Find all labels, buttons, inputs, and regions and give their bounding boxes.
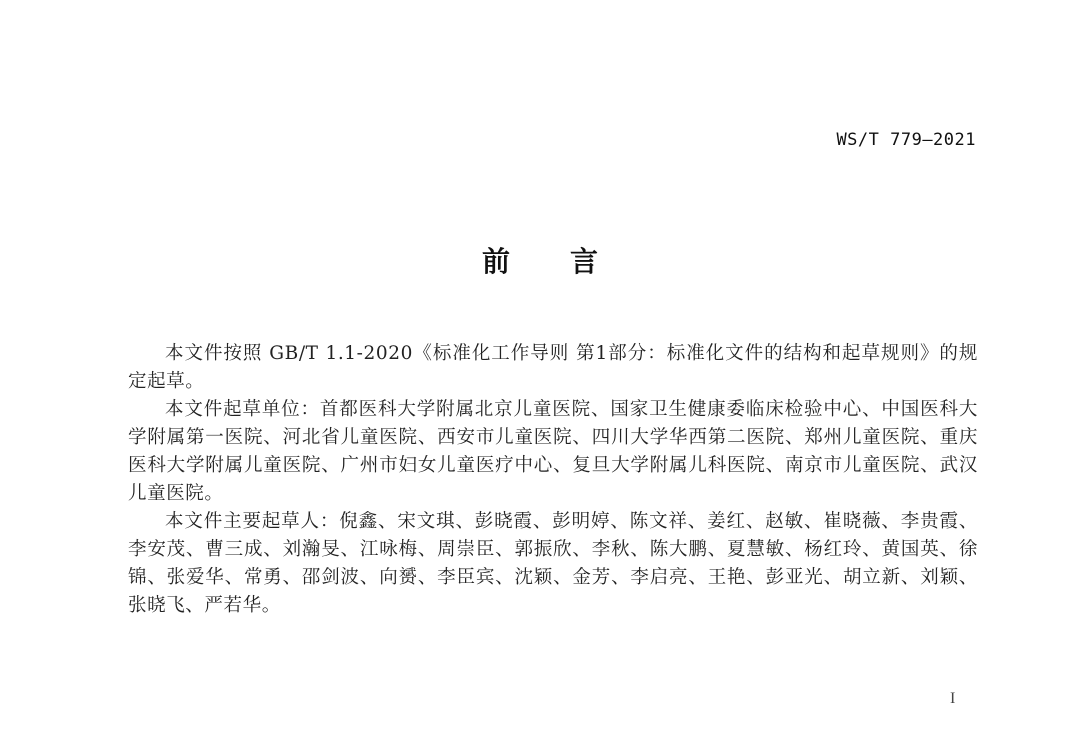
paragraph-drafting-rules: 本文件按照 GB/T 1.1-2020《标准化工作导则 第1部分：标准化文件的结… [128, 340, 978, 396]
page-number: I [950, 690, 955, 708]
page-title: 前言 [0, 240, 1080, 280]
document-code: WS/T 779—2021 [836, 130, 976, 150]
foreword-body: 本文件按照 GB/T 1.1-2020《标准化工作导则 第1部分：标准化文件的结… [128, 340, 978, 620]
paragraph-drafting-units: 本文件起草单位：首都医科大学附属北京儿童医院、国家卫生健康委临床检验中心、中国医… [128, 396, 978, 508]
paragraph-drafters: 本文件主要起草人：倪鑫、宋文琪、彭晓霞、彭明婷、陈文祥、姜红、赵敏、崔晓薇、李贵… [128, 508, 978, 620]
